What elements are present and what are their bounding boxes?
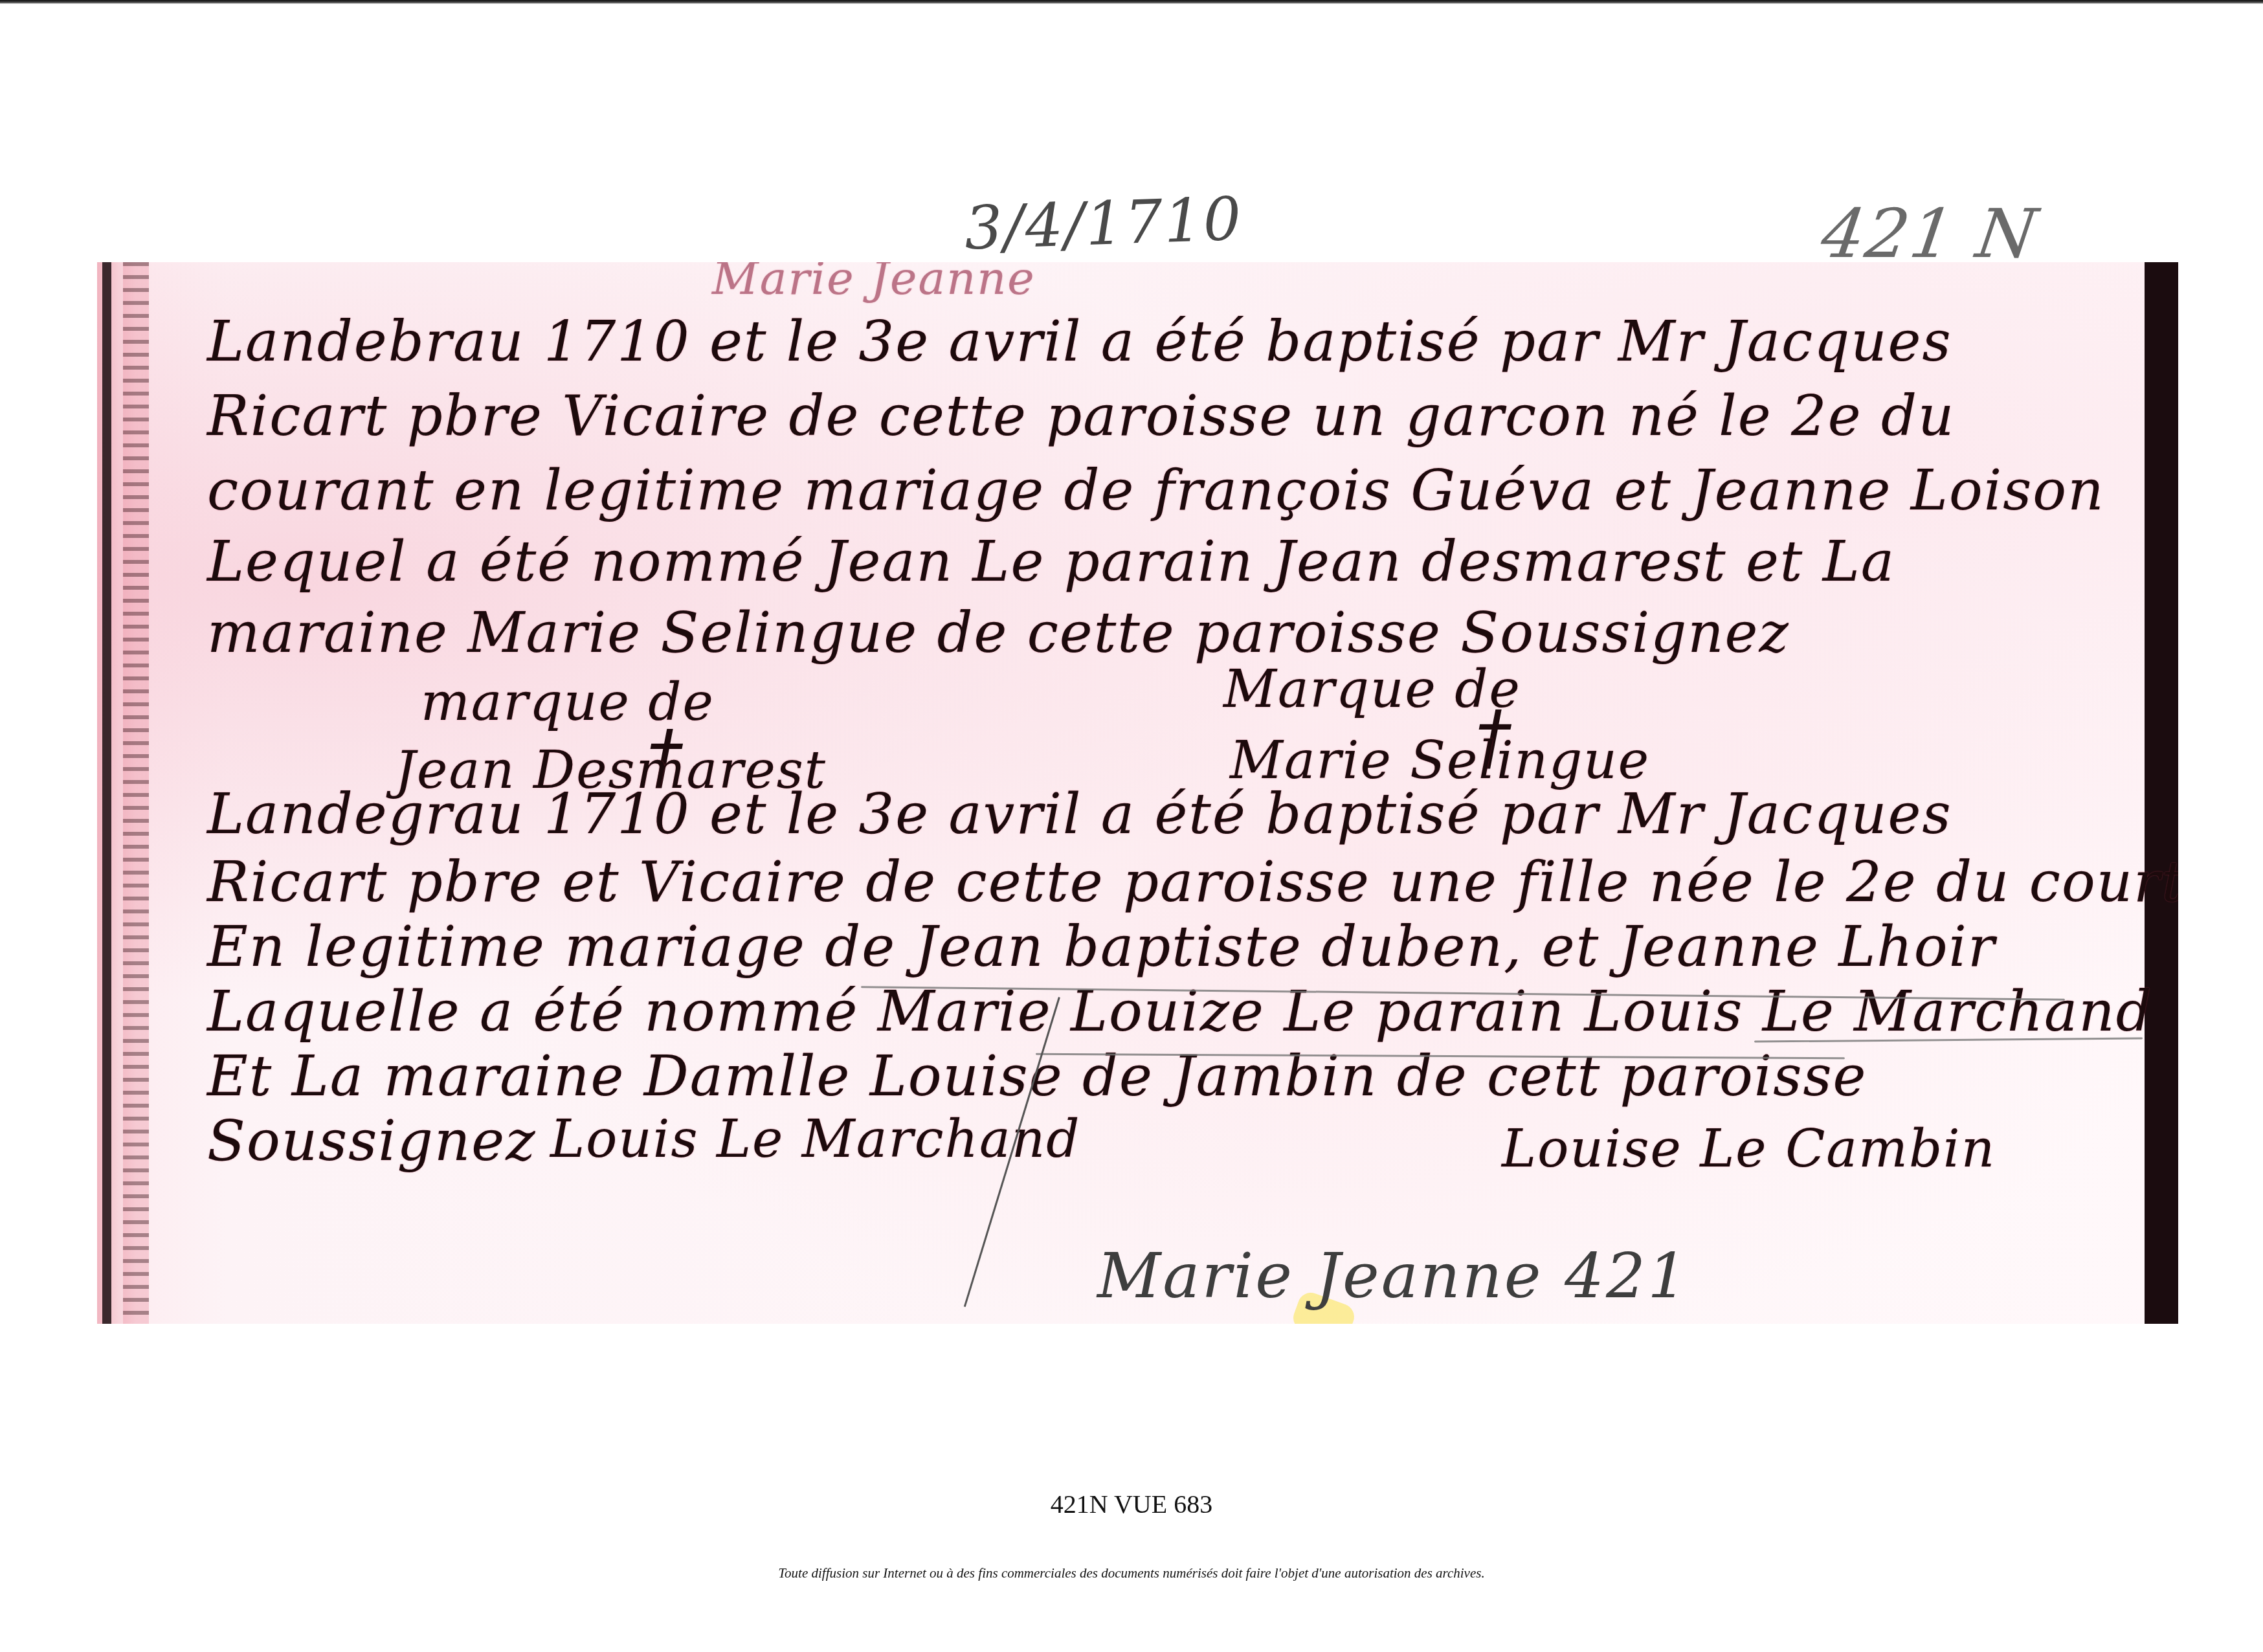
page-caption: 421N VUE 683 bbox=[0, 1489, 2263, 1519]
pencil-date-annotation: 3/4/1710 bbox=[963, 184, 1243, 263]
pencil-name-annotation: Marie Jeanne 421 bbox=[1097, 1240, 1689, 1312]
entry1-line-1: Landebrau 1710 et le 3e avril a été bapt… bbox=[207, 314, 1952, 370]
entry2-line-3: En legitime mariage de Jean baptiste dub… bbox=[207, 919, 1996, 975]
entry1-line-2: Ricart pbre Vicaire de cette paroisse un… bbox=[207, 388, 1955, 444]
entry1-line-4: Lequel a été nommé Jean Le parain Jean d… bbox=[207, 534, 1895, 590]
copyright-disclaimer: Toute diffusion sur Internet ou à des fi… bbox=[0, 1565, 2263, 1581]
entry2-line-1: Landegrau 1710 et le 3e avril a été bapt… bbox=[207, 787, 1952, 842]
entry2-line-2: Ricart pbre et Vicaire de cette paroisse… bbox=[207, 854, 2178, 910]
entry2-line-4: Laquelle a été nommé Marie Louize Le par… bbox=[207, 984, 2153, 1040]
signature-2: Louise Le Cambin bbox=[1502, 1123, 1996, 1175]
page-binding-margin bbox=[123, 262, 149, 1324]
page-left-edge bbox=[102, 262, 111, 1324]
scan-top-edge bbox=[0, 0, 2263, 4]
entry1-line-5: maraine Marie Selingue de cette paroisse… bbox=[207, 605, 1790, 661]
pencil-reference-annotation: 421 N bbox=[1816, 194, 2043, 273]
mark-name-2: Marie Selingue bbox=[1230, 735, 1650, 787]
entry2-line-6: Soussignez bbox=[207, 1113, 537, 1169]
manuscript-scan: Marie Jeanne Landebrau 1710 et le 3e avr… bbox=[97, 262, 2178, 1324]
page-right-border bbox=[2145, 262, 2178, 1324]
entry1-line-3: courant en legitime mariage de françois … bbox=[207, 463, 2105, 519]
signature-1: Louis Le Marchand bbox=[550, 1113, 1080, 1165]
header-fragment: Marie Jeanne bbox=[712, 262, 1036, 301]
